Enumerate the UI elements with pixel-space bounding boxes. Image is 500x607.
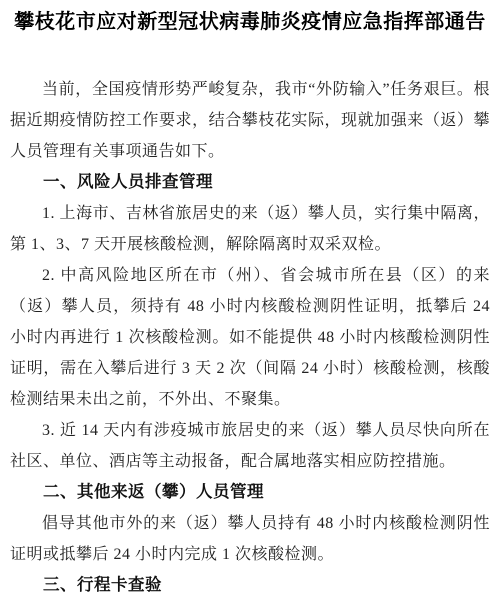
section-2-paragraph: 倡导其他市外的来（返）攀人员持有 48 小时内核酸检测阴性证明或抵攀后 24 小… bbox=[10, 508, 490, 570]
notice-document: 攀枝花市应对新型冠状病毒肺炎疫情应急指挥部通告 当前，全国疫情形势严峻复杂，我市… bbox=[0, 0, 500, 607]
section-heading-other-arrivals: 二、其他来返（攀）人员管理 bbox=[10, 477, 490, 508]
section-1-item-2: 2. 中高风险地区所在市（州）、省会城市所在县（区）的来（返）攀人员，须持有 4… bbox=[10, 260, 490, 415]
section-heading-travel-card-check: 三、行程卡查验 bbox=[10, 570, 490, 601]
intro-paragraph: 当前，全国疫情形势严峻复杂，我市“外防输入”任务艰巨。根据近期疫情防控工作要求，… bbox=[10, 74, 490, 167]
notice-title: 攀枝花市应对新型冠状病毒肺炎疫情应急指挥部通告 bbox=[10, 8, 490, 36]
section-1-item-3: 3. 近 14 天内有涉疫城市旅居史的来（返）攀人员尽快向所在社区、单位、酒店等… bbox=[10, 415, 490, 477]
section-1-item-1: 1. 上海市、吉林省旅居史的来（返）攀人员，实行集中隔离，第 1、3、7 天开展… bbox=[10, 198, 490, 260]
section-heading-risk-screening: 一、风险人员排查管理 bbox=[10, 167, 490, 198]
